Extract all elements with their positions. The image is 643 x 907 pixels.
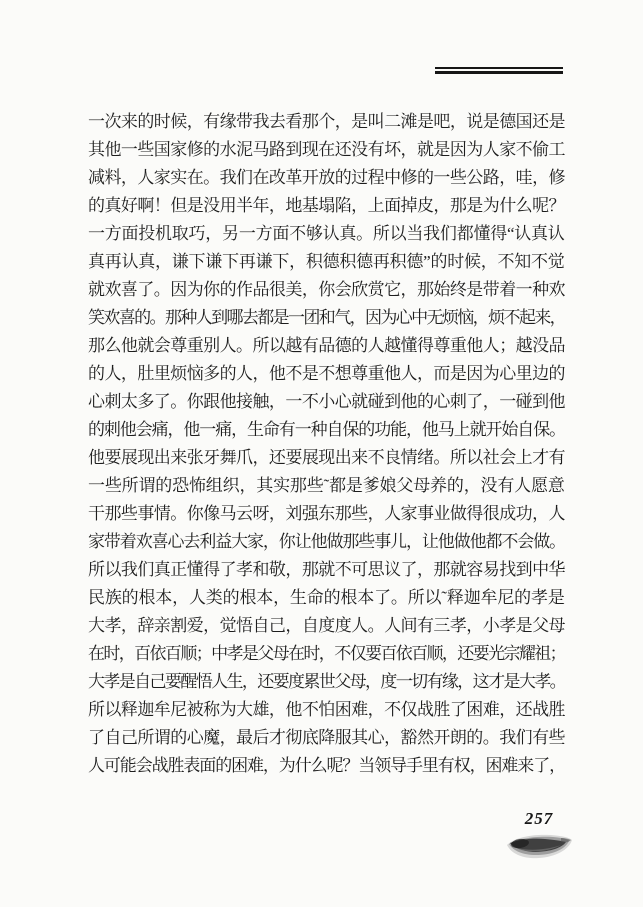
ink-brush-icon bbox=[503, 829, 575, 861]
text-line: 的真好啊！但是没用半年，地基塌陷，上面掉皮，那是为什么呢？ bbox=[88, 192, 565, 220]
text-line: 心刺太多了。你跟他接触，一不小心就碰到他的心刺了，一碰到他 bbox=[88, 388, 565, 416]
text-line: 民族的根本，人类的根本，生命的根本了。所以˜释迦牟尼的孝是 bbox=[88, 584, 565, 612]
text-line: 一次来的时候，有缘带我去看那个，是叫二滩是吧，说是德国还是 bbox=[88, 108, 565, 136]
text-line: 干那些事情。你像马云呀，刘强东那些，人家事业做得很成功，人 bbox=[88, 500, 565, 528]
text-line: 减料，人家实在。我们在改革开放的过程中修的一些公路，哇，修 bbox=[88, 164, 565, 192]
text-line: 在时，百依百顺；中孝是父母在时，不仅要百依百顺，还要光宗耀祖； bbox=[88, 640, 565, 668]
rule-bottom-line bbox=[435, 71, 563, 74]
page-footer: 257 bbox=[501, 808, 577, 861]
text-line: 所以释迦牟尼被称为大雄，他不怕困难，不仅战胜了困难，还战胜 bbox=[88, 696, 565, 724]
text-line: 其他一些国家修的水泥马路到现在还没有坏，就是因为人家不偷工 bbox=[88, 136, 565, 164]
text-line: 一方面投机取巧，另一方面不够认真。所以当我们都懂得“认真认 bbox=[88, 220, 565, 248]
text-line: 一些所谓的恐怖组织，其实那些˜都是爹娘父母养的，没有人愿意 bbox=[88, 472, 565, 500]
text-line: 的刺他会痛，他一痛，生命有一种自保的功能，他马上就开始自保。 bbox=[88, 416, 565, 444]
page-number: 257 bbox=[501, 808, 577, 830]
text-line: 笑欢喜的。那种人到哪去都是一团和气，因为心中无烦恼，烦不起来， bbox=[88, 304, 565, 332]
text-line: 了自己所谓的心魔，最后才彻底降服其心，豁然开朗的。我们有些 bbox=[88, 724, 565, 752]
text-line: 大孝，辞亲割爱，觉悟自己，自度度人。人间有三孝，小孝是父母 bbox=[88, 612, 565, 640]
text-line: 那么他就会尊重别人。所以越有品德的人越懂得尊重他人；越没品 bbox=[88, 332, 565, 360]
text-line: 他要展现出来张牙舞爪，还要展现出来不良情绪。所以社会上才有 bbox=[88, 444, 565, 472]
text-line: 家带着欢喜心去利益大家，你让他做那些事儿，让他做他都不会做。 bbox=[88, 528, 565, 556]
text-line: 人可能会战胜表面的困难，为什么呢？当领导手里有权，困难来了， bbox=[88, 752, 565, 780]
text-line: 的人，肚里烦恼多的人，他不是不想尊重他人，而是因为心里边的 bbox=[88, 360, 565, 388]
text-line: 真再认真，谦下谦下再谦下，积德积德再积德”的时候，不知不觉 bbox=[88, 248, 565, 276]
text-line: 所以我们真正懂得了孝和敬，那就不可思议了，那就容易找到中华 bbox=[88, 556, 565, 584]
header-double-rule bbox=[435, 67, 563, 74]
text-line: 就欢喜了。因为你的作品很美，你会欣赏它，那始终是带着一种欢 bbox=[88, 276, 565, 304]
text-line: 大孝是自己要醒悟人生，还要度累世父母，度一切有缘，这才是大孝。 bbox=[88, 668, 565, 696]
body-text-block: 一次来的时候，有缘带我去看那个，是叫二滩是吧，说是德国还是 其他一些国家修的水泥… bbox=[88, 108, 565, 780]
